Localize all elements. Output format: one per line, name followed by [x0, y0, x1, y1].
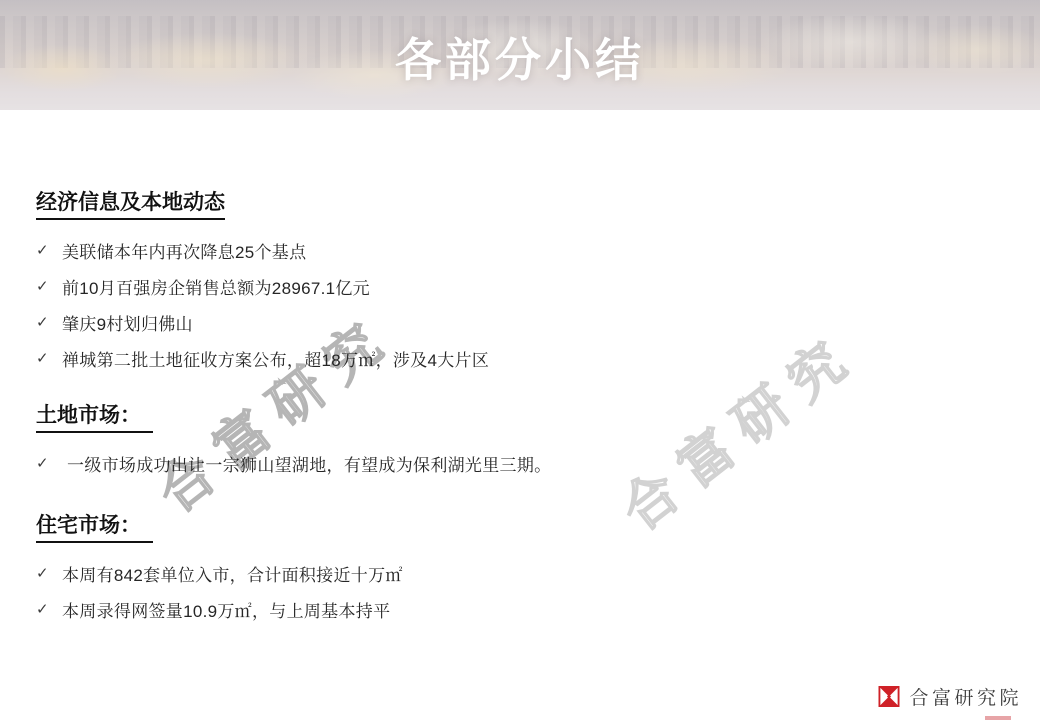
checkmark-icon: ✓ — [36, 241, 62, 259]
bullet-text: 本周录得网签量10.9万㎡，与上周基本持平 — [62, 597, 390, 622]
footer-brand-text: 合富研究院 — [909, 683, 1022, 710]
section-residential-market: 住宅市场： ✓ 本周有842套单位入市，合计面积接近十万㎡ ✓ 本周录得网签量1… — [36, 513, 403, 627]
hopefluent-logo-icon — [878, 686, 900, 707]
list-item: ✓ 一级市场成功出让一宗狮山望湖地，有望成为保利湖光里三期。 — [36, 445, 551, 481]
bottom-right-red-mark — [985, 716, 1011, 720]
list-item: ✓ 前10月百强房企销售总额为28967.1亿元 — [36, 268, 489, 304]
bullet-text: 禅城第二批土地征收方案公布，超18万㎡，涉及4大片区 — [62, 346, 489, 371]
bullet-text: 一级市场成功出让一宗狮山望湖地，有望成为保利湖光里三期。 — [62, 451, 551, 476]
footer-brand: 合富研究院 — [878, 683, 1022, 710]
checkmark-icon: ✓ — [36, 277, 62, 295]
list-item: ✓ 美联储本年内再次降息25个基点 — [36, 232, 489, 268]
list-item: ✓ 本周录得网签量10.9万㎡，与上周基本持平 — [36, 591, 403, 627]
bullet-text: 美联储本年内再次降息25个基点 — [62, 238, 306, 263]
header-banner-photo: 各部分小结 — [0, 0, 1040, 110]
list-item: ✓ 肇庆9村划归佛山 — [36, 304, 489, 340]
section-economy: 经济信息及本地动态 ✓ 美联储本年内再次降息25个基点 ✓ 前10月百强房企销售… — [36, 190, 489, 376]
bullet-text: 前10月百强房企销售总额为28967.1亿元 — [62, 274, 370, 299]
slide-title: 各部分小结 — [0, 24, 1040, 90]
bullet-text: 本周有842套单位入市，合计面积接近十万㎡ — [62, 561, 403, 586]
presentation-slide: 各部分小结 合富研究 合富研究 经济信息及本地动态 ✓ 美联储本年内再次降息25… — [0, 0, 1040, 720]
list-item: ✓ 禅城第二批土地征收方案公布，超18万㎡，涉及4大片区 — [36, 340, 489, 376]
checkmark-icon: ✓ — [36, 313, 62, 331]
section-heading: 住宅市场： — [36, 513, 153, 543]
section-heading: 经济信息及本地动态 — [36, 190, 225, 220]
section-heading: 土地市场： — [36, 403, 153, 433]
checkmark-icon: ✓ — [36, 349, 62, 367]
checkmark-icon: ✓ — [36, 454, 62, 472]
checkmark-icon: ✓ — [36, 564, 62, 582]
watermark-right: 合富研究 — [611, 310, 884, 542]
checkmark-icon: ✓ — [36, 600, 62, 618]
bullet-text: 肇庆9村划归佛山 — [62, 310, 193, 335]
list-item: ✓ 本周有842套单位入市，合计面积接近十万㎡ — [36, 555, 403, 591]
section-land-market: 土地市场： ✓ 一级市场成功出让一宗狮山望湖地，有望成为保利湖光里三期。 — [36, 403, 551, 481]
